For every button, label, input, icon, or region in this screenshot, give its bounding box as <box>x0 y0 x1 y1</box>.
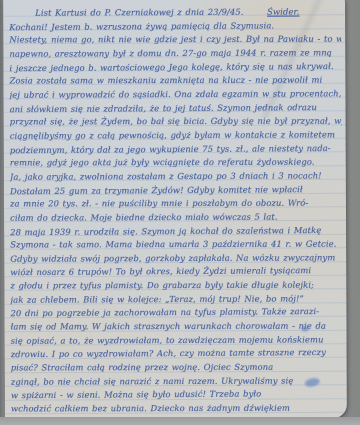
letter-line: Ja, jako aryjka, zwolniona zostałam z Ge… <box>10 169 342 184</box>
letter-line: przyznał się, że jest Żydem, bo bał się … <box>10 115 342 130</box>
letter-line: jej ubrać i wyprowadzić do sąsiadki. Ona… <box>9 87 341 102</box>
letter-line: za mnie 20 tys. zł. - nie puściliby mnie… <box>10 197 342 212</box>
letter-line: wchodzić całkiem bez ubrania. Dziecko na… <box>11 402 343 417</box>
scan-background: List Kartusi do P. Czerniakowej z dnia 2… <box>0 0 360 425</box>
letter-text: List Kartusi do P. Czerniakowej z dnia 2… <box>9 5 343 416</box>
heading-text: List Kartusi do P. Czerniakowej z dnia 2… <box>35 7 243 18</box>
letter-paper: List Kartusi do P. Czerniakowej z dnia 2… <box>3 0 347 420</box>
letter-line: napewno, aresztowany był z domu dn. 27-g… <box>9 46 341 61</box>
heading-place: Świder. <box>267 6 299 16</box>
letter-line: ciłam do dziecka. Moje biedne dziecko mi… <box>10 210 342 225</box>
letter-line: ciągnęlibyśmy go z całą pewnością, gdyż … <box>10 128 342 143</box>
letter-line: Zosia została sama w mieszkaniu zamknięt… <box>9 74 341 89</box>
letter-line: z głodu i przez tyfus plamisty. Do graba… <box>10 279 342 294</box>
letter-line: pisać? Straciłam całą rodzinę przez wojn… <box>11 361 343 376</box>
letter-lines: Kochani! Jestem b. wzruszona żywą pamięc… <box>9 19 343 416</box>
letter-line: Niestety, niema go, nikt nie wie gdzie j… <box>9 33 341 48</box>
letter-line: łam się od Mamy. W jakich strasznych war… <box>10 320 342 335</box>
letter-line: Szymona - tak samo. Mama biedna umarła 3… <box>10 238 342 253</box>
letter-line: remnie, gdyż jego akta już były wciągnię… <box>10 156 342 171</box>
letter-heading: List Kartusi do P. Czerniakowej z dnia 2… <box>9 5 341 20</box>
